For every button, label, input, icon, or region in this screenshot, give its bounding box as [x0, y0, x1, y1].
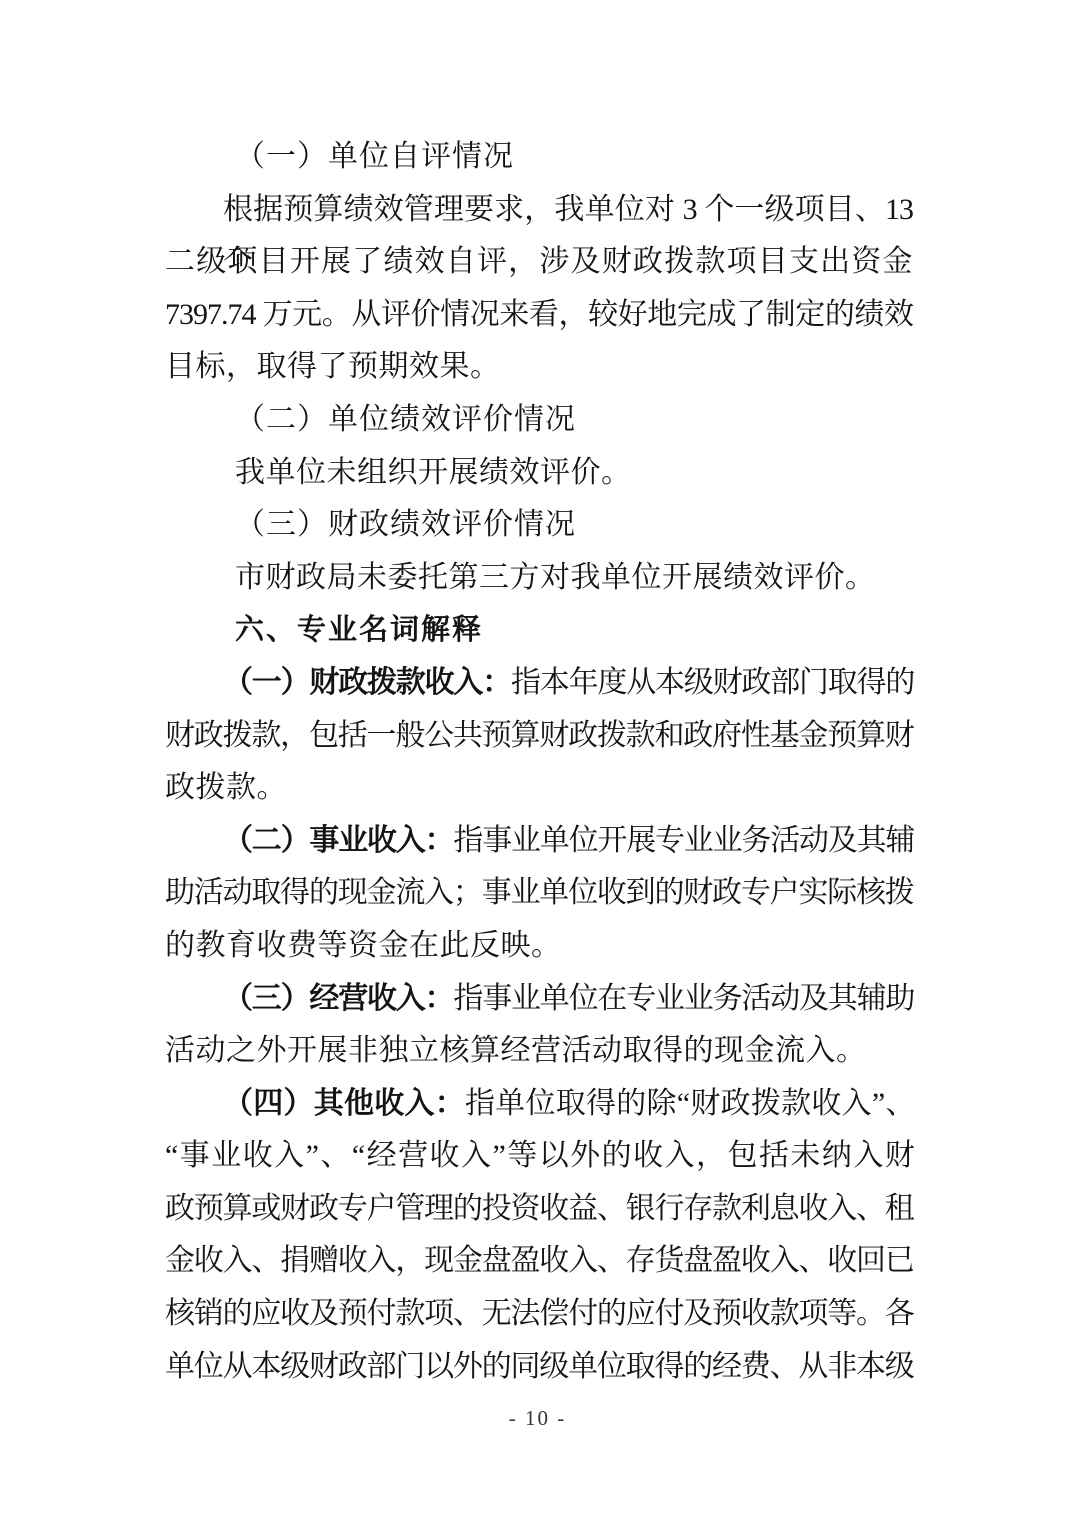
paragraph-line-definition-operating-income: （二）事业收入：指事业单位开展专业业务活动及其辅: [165, 815, 913, 868]
paragraph-text: 金收入、捐赠收入，现金盘盈收入、存货盘盈收入、收回已: [165, 1244, 913, 1277]
paragraph-line: 核销的应收及预付款项、无法偿付的应付及预收款项等。各: [165, 1288, 913, 1341]
definition-term: （三）经营收入：: [223, 982, 453, 1015]
definition-term: （四）其他收入：: [223, 1087, 465, 1120]
subsection-heading-unit-performance-evaluation: （二）单位绩效评价情况: [165, 394, 913, 447]
paragraph-text: 助活动取得的现金流入；事业单位收到的财政专户实际核拨: [165, 876, 913, 909]
paragraph-text: “事业收入”、“经营收入”等以外的收入，包括未纳入财: [165, 1139, 913, 1172]
paragraph-text: 单位从本级财政部门以外的同级单位取得的经费、从非本级: [165, 1350, 913, 1383]
paragraph-line-definition-other-income: （四）其他收入：指单位取得的除“财政拨款收入”、: [165, 1078, 913, 1131]
paragraph-line: 政预算或财政专户管理的投资收益、银行存款利息收入、租: [165, 1183, 913, 1236]
subsection-heading-fiscal-performance-evaluation: （三）财政绩效评价情况: [165, 499, 913, 552]
definition-text: 指事业单位开展专业业务活动及其辅: [453, 824, 913, 857]
paragraph-text: 财政拨款，包括一般公共预算财政拨款和政府性基金预算财: [165, 719, 913, 752]
paragraph-line: 目标，取得了预期效果。: [165, 341, 913, 394]
definition-text: 指单位取得的除“财政拨款收入”、: [465, 1087, 913, 1120]
paragraph-text: 政拨款。: [165, 771, 287, 804]
paragraph-text: 我单位未组织开展绩效评价。: [235, 456, 632, 489]
page-number: - 10 -: [0, 1403, 1075, 1433]
paragraph-line: 政拨款。: [165, 762, 913, 815]
paragraph-text: 目标，取得了预期效果。: [165, 350, 501, 383]
heading-text: 六、专业名词解释: [235, 614, 483, 646]
paragraph-text: 二级项目开展了绩效自评，涉及财政拨款项目支出资金: [165, 245, 913, 278]
heading-text: （二）单位绩效评价情况: [235, 403, 576, 436]
paragraph-line: 我单位未组织开展绩效评价。: [165, 447, 913, 500]
paragraph-line: 助活动取得的现金流入；事业单位收到的财政专户实际核拨: [165, 867, 913, 920]
subsection-heading-unit-self-evaluation: （一）单位自评情况: [165, 131, 913, 184]
paragraph-line-definition-business-income: （三）经营收入：指事业单位在专业业务活动及其辅助: [165, 973, 913, 1026]
paragraph-text: 的教育收费等资金在此反映。: [165, 929, 562, 962]
paragraph-line: 金收入、捐赠收入，现金盘盈收入、存货盘盈收入、收回已: [165, 1235, 913, 1288]
definition-term: （一）财政拨款收入：: [223, 666, 511, 699]
heading-text: （三）财政绩效评价情况: [235, 508, 576, 541]
paragraph-line: 的教育收费等资金在此反映。: [165, 920, 913, 973]
paragraph-text: 市财政局未委托第三方对我单位开展绩效评价。: [235, 561, 876, 594]
paragraph-line: 二级项目开展了绩效自评，涉及财政拨款项目支出资金: [165, 236, 913, 289]
paragraph-text: 活动之外开展非独立核算经营活动取得的现金流入。: [165, 1034, 867, 1067]
document-body: （一）单位自评情况 根据预算绩效管理要求，我单位对 3 个一级项目、13 个 二…: [165, 131, 913, 1393]
definition-text: 指本年度从本级财政部门取得的: [511, 666, 913, 699]
paragraph-line-definition-fiscal-appropriation-income: （一）财政拨款收入：指本年度从本级财政部门取得的: [165, 657, 913, 710]
heading-text: （一）单位自评情况: [235, 140, 514, 173]
paragraph-line: 根据预算绩效管理要求，我单位对 3 个一级项目、13 个: [165, 184, 913, 237]
paragraph-text: 7397.74 万元。从评价情况来看，较好地完成了制定的绩效: [165, 298, 913, 331]
paragraph-text: 政预算或财政专户管理的投资收益、银行存款利息收入、租: [165, 1192, 913, 1225]
paragraph-text: 核销的应收及预付款项、无法偿付的应付及预收款项等。各: [165, 1297, 913, 1330]
definition-text: 指事业单位在专业业务活动及其辅助: [453, 982, 913, 1015]
paragraph-line: 财政拨款，包括一般公共预算财政拨款和政府性基金预算财: [165, 710, 913, 763]
paragraph-line: 7397.74 万元。从评价情况来看，较好地完成了制定的绩效: [165, 289, 913, 342]
paragraph-line: 活动之外开展非独立核算经营活动取得的现金流入。: [165, 1025, 913, 1078]
section-heading-terminology: 六、专业名词解释: [165, 604, 913, 657]
document-page: （一）单位自评情况 根据预算绩效管理要求，我单位对 3 个一级项目、13 个 二…: [0, 0, 1075, 1520]
definition-term: （二）事业收入：: [223, 824, 453, 857]
paragraph-line: 市财政局未委托第三方对我单位开展绩效评价。: [165, 552, 913, 605]
paragraph-line: 单位从本级财政部门以外的同级单位取得的经费、从非本级: [165, 1341, 913, 1394]
paragraph-line: “事业收入”、“经营收入”等以外的收入，包括未纳入财: [165, 1130, 913, 1183]
